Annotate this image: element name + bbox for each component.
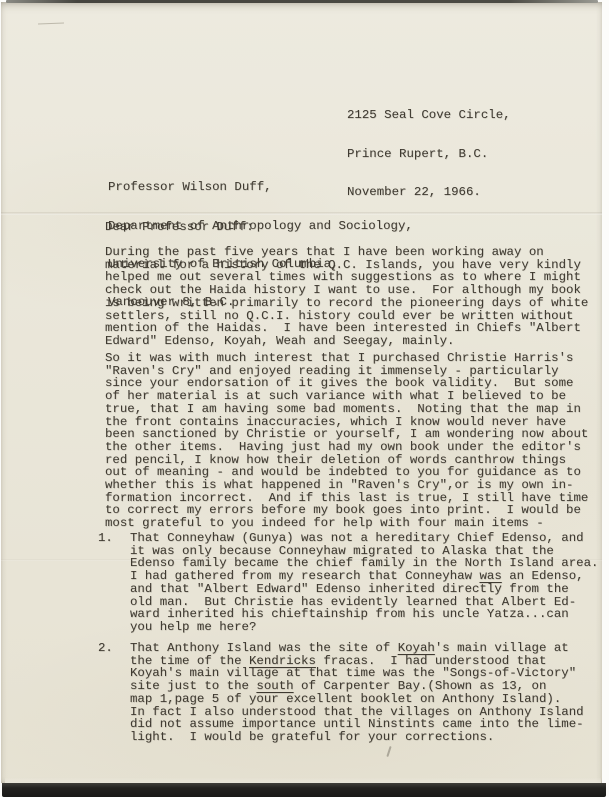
scanned-letter-page: 2125 Seal Cove Circle, Prince Rupert, B.… [0,0,609,797]
scan-edge-bottom [2,783,606,797]
letter-paper: 2125 Seal Cove Circle, Prince Rupert, B.… [1,2,602,783]
list-item-2-text: That Anthony Island was the site of Koya… [130,642,584,744]
list-item-2-number: 2. [98,642,113,655]
paper-scratch-mark [38,23,64,25]
list-item-1-text: That Conneyhaw (Gunya) was not a heredit… [130,532,598,634]
list-item-1-number: 1. [98,532,113,545]
scan-edge-top [6,0,598,3]
sender-address-line: 2125 Seal Cove Circle, [347,109,511,122]
salutation: Dear Professor Duff: [105,221,254,234]
recipient-name: Professor Wilson Duff, [108,181,413,194]
paragraph-2: So it was with much interest that I purc… [105,352,588,530]
pencil-slash-mark [386,746,391,757]
paragraph-1: During the past five years that I have b… [105,246,588,348]
